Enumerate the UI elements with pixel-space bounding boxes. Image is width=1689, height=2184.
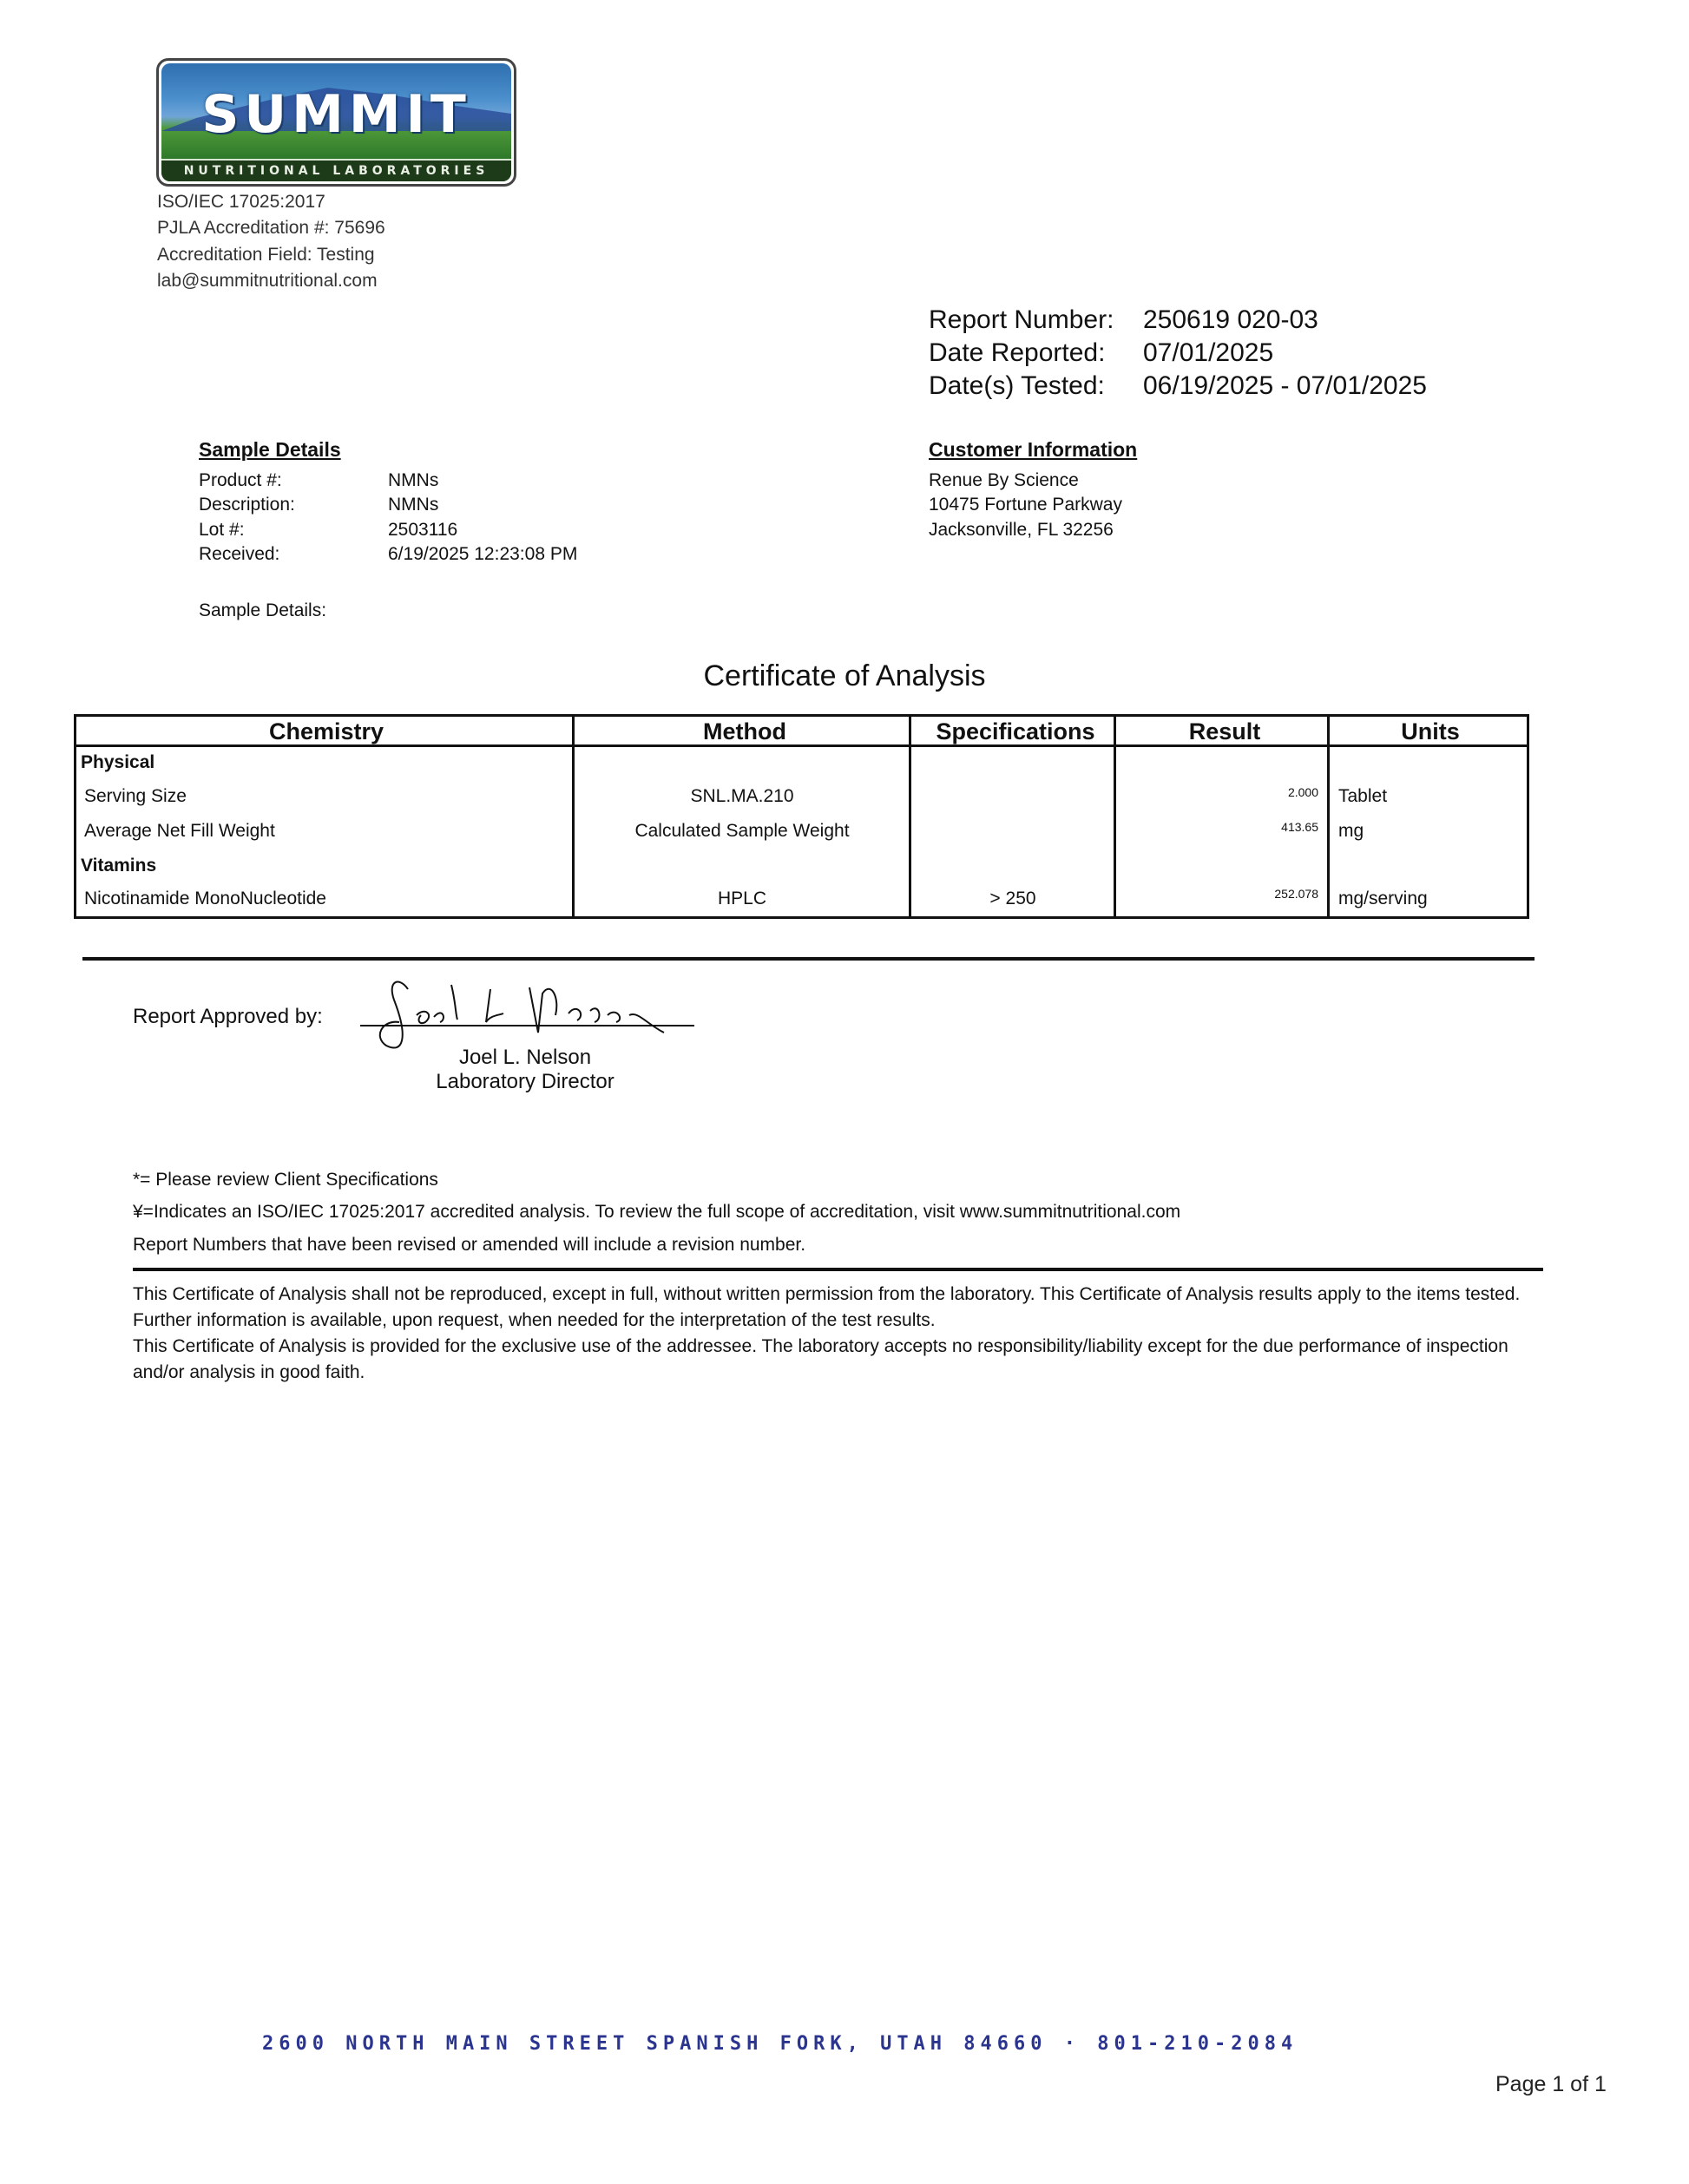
sample-details-extra-label: Sample Details: [199,600,326,621]
row-specification: > 250 [910,889,1115,909]
logo-graphic: SUMMIT NUTRITIONAL LABORATORIES [161,63,511,181]
row-result: 252.078 [1115,887,1318,901]
row-method: HPLC [574,889,910,909]
approved-by-label: Report Approved by: [133,1005,323,1029]
lot-value: 2503116 [388,520,457,541]
received-label: Received: [199,544,279,565]
customer-name: Renue By Science [929,470,1079,491]
footer-address: 2600 NORTH MAIN STREET SPANISH FORK, UTA… [262,2033,1298,2055]
row-chemistry: Average Net Fill Weight [84,821,275,842]
page-number: Page 1 of 1 [1495,2072,1607,2097]
dates-tested-value: 06/19/2025 - 07/01/2025 [1143,371,1427,401]
row-result: 2.000 [1115,785,1318,799]
row-units: mg [1338,821,1364,842]
note-accredited: ¥=Indicates an ISO/IEC 17025:2017 accred… [133,1202,1180,1223]
row-chemistry: Serving Size [84,786,187,807]
row-chemistry: Nicotinamide MonoNucleotide [84,889,326,909]
lab-iso-standard: ISO/IEC 17025:2017 [157,192,325,213]
received-value: 6/19/2025 12:23:08 PM [388,544,577,565]
note-revisions: Report Numbers that have been revised or… [133,1235,805,1256]
category-physical: Physical [81,752,154,773]
approver-title: Laboratory Director [382,1070,668,1094]
table-header: Chemistry Method Specifications Result U… [74,714,1529,747]
row-units: Tablet [1338,786,1387,807]
disclaimer-reproduction: This Certificate of Analysis shall not b… [133,1282,1539,1334]
logo-tagline: NUTRITIONAL LABORATORIES [161,159,511,181]
divider-rule [133,1268,1543,1271]
row-units: mg/serving [1338,889,1428,909]
row-method: SNL.MA.210 [574,786,910,807]
logo-brand-text: SUMMIT [161,84,511,145]
report-number-label: Report Number: [929,305,1114,335]
summit-logo: SUMMIT NUTRITIONAL LABORATORIES [156,58,516,187]
description-value: NMNs [388,495,438,515]
lab-email: lab@summitnutritional.com [157,271,378,292]
approver-name: Joel L. Nelson [382,1046,668,1070]
column-divider [1327,714,1330,919]
product-value: NMNs [388,470,438,491]
divider-rule [82,957,1535,961]
date-reported-value: 07/01/2025 [1143,338,1273,368]
lab-accreditation-number: PJLA Accreditation #: 75696 [157,218,385,239]
customer-street: 10475 Fortune Parkway [929,495,1122,515]
customer-city: Jacksonville, FL 32256 [929,520,1114,541]
category-vitamins: Vitamins [81,856,156,876]
row-method: Calculated Sample Weight [574,821,910,842]
report-number-value: 250619 020-03 [1143,305,1318,335]
row-result: 413.65 [1115,820,1318,834]
dates-tested-label: Date(s) Tested: [929,371,1105,401]
note-client-specs: *= Please review Client Specifications [133,1170,438,1190]
sample-details-heading: Sample Details [199,438,341,462]
description-label: Description: [199,495,295,515]
lab-accreditation-field: Accreditation Field: Testing [157,245,375,266]
disclaimer-liability: This Certificate of Analysis is provided… [133,1334,1539,1386]
certificate-title: Certificate of Analysis [0,659,1689,693]
product-label: Product #: [199,470,282,491]
lot-label: Lot #: [199,520,245,541]
customer-info-heading: Customer Information [929,438,1137,462]
date-reported-label: Date Reported: [929,338,1105,368]
